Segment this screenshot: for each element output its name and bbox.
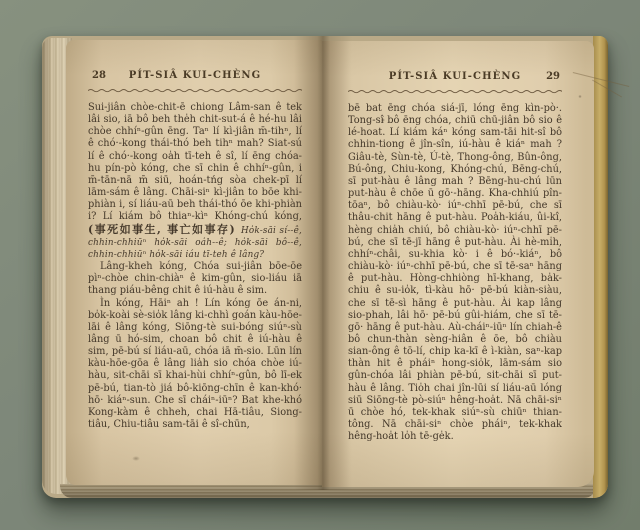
left-page-column: 28 PÍT-SIÂ KUI-CHÈNG Sui-jiân chòe-chit-…	[88, 70, 302, 431]
paragraph-1-left: Sui-jiân chòe-chit-ē chiong Lâm-san ê te…	[88, 102, 302, 261]
book: 28 PÍT-SIÂ KUI-CHÈNG Sui-jiân chòe-chit-…	[42, 36, 608, 498]
page-number-right: 29	[546, 71, 560, 82]
paragraph-2-left: Lâng-kheh kóng, Chóa sui-jiân bōe-ōe pìⁿ…	[88, 261, 302, 297]
paragraph-continuation-right: bē bat ēng chóa siá-jī, lóng ēng kìn-pò·…	[348, 103, 562, 443]
page-number-left: 28	[92, 70, 106, 81]
book-cover-edge-right	[593, 36, 608, 498]
paragraph-3-left: Ìn kóng, Hāiⁿ ah ! Lín kóng ōe án-ni, bo…	[88, 298, 302, 432]
body-text-left: Sui-jiân chòe-chit-ē chiong Lâm-san ê te…	[88, 102, 302, 431]
running-title-left: PÍT-SIÂ KUI-CHÈNG	[88, 70, 302, 81]
left-page: 28 PÍT-SIÂ KUI-CHÈNG Sui-jiân chòe-chit-…	[66, 40, 322, 485]
right-page: PÍT-SIÂ KUI-CHÈNG 29 bē bat ēng chóa siá…	[322, 41, 594, 487]
page-header-right: PÍT-SIÂ KUI-CHÈNG 29	[348, 71, 562, 85]
running-title-right: PÍT-SIÂ KUI-CHÈNG	[348, 71, 562, 82]
hanzi-quote: (事死如事生, 事亡如事存)	[88, 223, 241, 236]
header-rule-left	[88, 88, 302, 93]
right-page-column: PÍT-SIÂ KUI-CHÈNG 29 bē bat ēng chóa siá…	[348, 71, 562, 443]
page-header-left: 28 PÍT-SIÂ KUI-CHÈNG	[88, 70, 302, 84]
paragraph-1-roman-text: Sui-jiân chòe-chit-ē chiong Lâm-san ê te…	[88, 102, 302, 222]
header-rule-right	[348, 89, 562, 94]
photo-background: 28 PÍT-SIÂ KUI-CHÈNG Sui-jiân chòe-chit-…	[0, 0, 640, 530]
body-text-right: bē bat ēng chóa siá-jī, lóng ēng kìn-pò·…	[348, 103, 562, 443]
